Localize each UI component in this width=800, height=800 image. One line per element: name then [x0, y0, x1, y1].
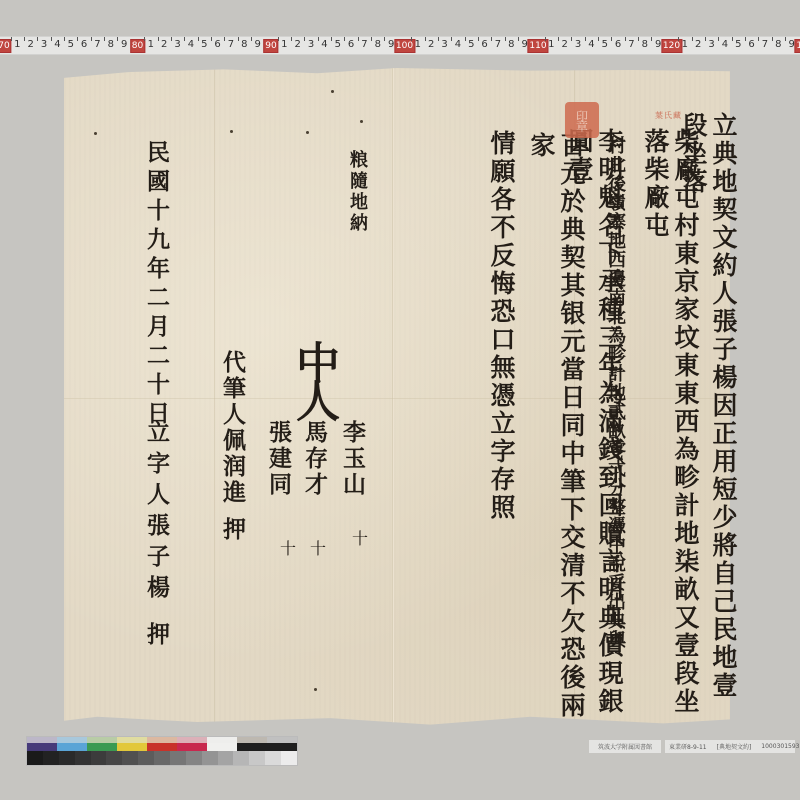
ruler-minor-label: 7 — [361, 39, 367, 51]
color-swatch — [138, 751, 154, 765]
ruler-minor-label: 5 — [468, 39, 474, 51]
color-swatch — [202, 751, 218, 765]
center-fold-line — [392, 68, 394, 726]
ruler-tick — [171, 37, 172, 41]
witness-mark-2: 十 — [310, 536, 326, 559]
ruler-tick — [11, 37, 12, 41]
color-swatch — [106, 751, 122, 765]
ruler-tick — [211, 37, 212, 41]
ruler-tick — [571, 37, 572, 41]
red-seal-stamp: 印章 — [565, 102, 599, 138]
item-id: 1000301593 — [761, 743, 799, 750]
ruler-minor-label: 1 — [415, 39, 421, 51]
ruler-minor-label: 5 — [335, 39, 341, 51]
tax-note: 粮隨地納 — [346, 150, 368, 250]
collector-stamp: 葉氏藏 — [655, 110, 682, 121]
ruler-tick — [184, 37, 185, 41]
ruler-tick — [785, 37, 786, 41]
ruler-tick — [37, 37, 38, 41]
ruler-tick — [251, 37, 252, 41]
ruler-minor-label: 7 — [228, 39, 234, 51]
color-swatch — [281, 751, 297, 765]
color-swatch — [59, 751, 75, 765]
color-swatch — [218, 751, 234, 765]
witness-label: 中人 — [288, 340, 338, 416]
ruler-minor-label: 3 — [575, 39, 581, 51]
ruler-tick — [465, 37, 466, 41]
ruler-minor-label: 7 — [94, 39, 100, 51]
ruler-tick — [318, 37, 319, 41]
color-swatch — [147, 743, 177, 751]
ruler-major-label: 110 — [527, 39, 548, 53]
ruler-minor-label: 5 — [735, 39, 741, 51]
color-swatch — [154, 751, 170, 765]
ink-speck — [314, 688, 317, 691]
ruler-minor-label: 1 — [281, 39, 287, 51]
contract-column-6: 情願各不反悔恐口無憑立字存照 — [486, 130, 516, 530]
ink-speck — [94, 132, 97, 135]
ruler-tick — [625, 37, 626, 41]
ruler-minor-label: 3 — [174, 39, 180, 51]
ruler-minor-label: 8 — [642, 39, 648, 51]
color-swatch — [43, 751, 59, 765]
color-swatch — [265, 751, 281, 765]
ruler-minor-label: 6 — [481, 39, 487, 51]
ruler-minor-label: 4 — [588, 39, 594, 51]
ruler-minor-label: 8 — [108, 39, 114, 51]
ruler-minor-label: 8 — [241, 39, 247, 51]
ruler-minor-label: 3 — [41, 39, 47, 51]
ink-speck — [360, 120, 363, 123]
color-calibration-chart — [26, 736, 298, 766]
ink-speck — [306, 131, 309, 134]
color-swatch — [27, 743, 57, 751]
ruler-tick — [638, 37, 639, 41]
ruler-tick — [611, 37, 612, 41]
ruler-major-label: 90 — [263, 39, 278, 53]
color-checker-swatches — [27, 743, 297, 751]
ruler-tick — [451, 37, 452, 41]
color-swatch — [186, 751, 202, 765]
ink-speck — [230, 130, 233, 133]
ruler-tick — [144, 37, 145, 41]
ruler-minor-label: 5 — [602, 39, 608, 51]
ruler-minor-label: 7 — [628, 39, 634, 51]
ruler-tick — [718, 37, 719, 41]
ruler-tick — [545, 37, 546, 41]
ruler-tick — [91, 37, 92, 41]
ruler-minor-label: 2 — [161, 39, 167, 51]
color-swatch — [117, 743, 147, 751]
ruler-tick — [425, 37, 426, 41]
color-swatch — [57, 743, 87, 751]
ruler-tick — [585, 37, 586, 41]
library-label: 筑波大学附属図書館 — [589, 740, 661, 753]
ruler-tick — [331, 37, 332, 41]
signer-line: 立字人張子楊 押 — [142, 420, 170, 670]
ruler-tick — [478, 37, 479, 41]
grayscale-step-wedge — [27, 751, 297, 765]
ink-speck — [331, 90, 334, 93]
ruler-minor-label: 3 — [708, 39, 714, 51]
ruler-tick — [104, 37, 105, 41]
ruler-minor-label: 3 — [308, 39, 314, 51]
ruler-minor-label: 6 — [214, 39, 220, 51]
color-swatch — [75, 751, 91, 765]
fold-crease — [214, 68, 215, 726]
ruler-tick — [745, 37, 746, 41]
date-line: 民國十九年二月二十日 — [142, 140, 170, 430]
ruler-major-label: 100 — [394, 39, 415, 53]
color-swatch — [207, 743, 237, 751]
ruler-minor-label: 6 — [615, 39, 621, 51]
ruler-minor-label: 6 — [81, 39, 87, 51]
ruler-minor-label: 6 — [748, 39, 754, 51]
ruler-minor-label: 4 — [722, 39, 728, 51]
ruler-minor-label: 7 — [495, 39, 501, 51]
color-swatch — [122, 751, 138, 765]
ruler-tick — [64, 37, 65, 41]
ruler-tick — [158, 37, 159, 41]
ruler-tick — [224, 37, 225, 41]
ruler-minor-label: 7 — [762, 39, 768, 51]
ruler-minor-label: 1 — [14, 39, 20, 51]
ruler-tick — [438, 37, 439, 41]
ruler-tick — [598, 37, 599, 41]
witness-mark-3: 十 — [280, 536, 296, 559]
color-swatch — [233, 751, 249, 765]
ruler-minor-label: 4 — [54, 39, 60, 51]
ruler-tick — [772, 37, 773, 41]
ruler-minor-label: 9 — [121, 39, 127, 51]
ruler-minor-label: 2 — [28, 39, 34, 51]
ruler-major-label: 130 — [794, 39, 800, 53]
ruler-minor-label: 3 — [441, 39, 447, 51]
ruler-tick — [651, 37, 652, 41]
ruler-minor-label: 1 — [548, 39, 554, 51]
ruler-minor-label: 4 — [188, 39, 194, 51]
ruler-tick — [238, 37, 239, 41]
ruler-tick — [371, 37, 372, 41]
ruler-minor-label: 2 — [695, 39, 701, 51]
ruler-tick — [758, 37, 759, 41]
witness-mark-1: 十 — [352, 526, 368, 549]
ruler-tick — [24, 37, 25, 41]
contract-column-5: 百元於典契其银元當日同中筆下交清不欠恐後兩家 — [526, 132, 586, 722]
ruler-tick — [344, 37, 345, 41]
color-swatch — [27, 751, 43, 765]
ruler-minor-label: 4 — [321, 39, 327, 51]
catalog-label: 東業研8-9-11 [典地契文約] 1000301593 — [665, 740, 795, 753]
color-swatch — [249, 751, 265, 765]
ruler-minor-label: 8 — [508, 39, 514, 51]
ruler-minor-label: 6 — [348, 39, 354, 51]
ruler-minor-label: 2 — [562, 39, 568, 51]
ruler-tick — [291, 37, 292, 41]
scribe-line: 代筆人佩润進 押 — [218, 350, 246, 580]
ruler-minor-label: 4 — [455, 39, 461, 51]
ruler-tick — [384, 37, 385, 41]
ruler-tick — [705, 37, 706, 41]
ruler-major-label: 70 — [0, 39, 12, 53]
ruler-minor-label: 1 — [682, 39, 688, 51]
color-swatch — [267, 743, 297, 751]
color-swatch — [170, 751, 186, 765]
ruler-tick — [117, 37, 118, 41]
ruler-minor-label: 5 — [68, 39, 74, 51]
ruler-tick — [505, 37, 506, 41]
ruler-tick — [411, 37, 412, 41]
color-swatch — [177, 743, 207, 751]
color-swatch — [87, 743, 117, 751]
contract-column-2: 柴廠屯村東京家坟東東西為畛計地柒畝又壹段坐落柴廠屯 — [640, 128, 700, 728]
ruler-tick — [278, 37, 279, 41]
ruler-minor-label: 2 — [295, 39, 301, 51]
ruler-minor-label: 8 — [375, 39, 381, 51]
ruler-tick — [304, 37, 305, 41]
ruler-tick — [358, 37, 359, 41]
ruler-tick — [51, 37, 52, 41]
ruler-minor-label: 8 — [775, 39, 781, 51]
collection-title: [典地契文約] — [717, 742, 752, 751]
ruler-major-label: 120 — [661, 39, 682, 53]
ruler-tick — [678, 37, 679, 41]
ruler-minor-label: 5 — [201, 39, 207, 51]
call-number: 東業研8-9-11 — [669, 742, 707, 751]
ruler-tick — [518, 37, 519, 41]
ruler-tick — [491, 37, 492, 41]
ruler-minor-label: 2 — [428, 39, 434, 51]
measuring-ruler: 7012345678980123456789901234567891001234… — [0, 36, 800, 55]
color-swatch — [91, 751, 107, 765]
ruler-tick — [692, 37, 693, 41]
color-swatch — [237, 743, 267, 751]
ruler-major-label: 80 — [130, 39, 145, 53]
ruler-tick — [732, 37, 733, 41]
ruler-tick — [77, 37, 78, 41]
ruler-minor-label: 9 — [254, 39, 260, 51]
ruler-tick — [198, 37, 199, 41]
library-name: 筑波大学附属図書館 — [598, 742, 652, 751]
ruler-minor-label: 1 — [148, 39, 154, 51]
ruler-tick — [558, 37, 559, 41]
